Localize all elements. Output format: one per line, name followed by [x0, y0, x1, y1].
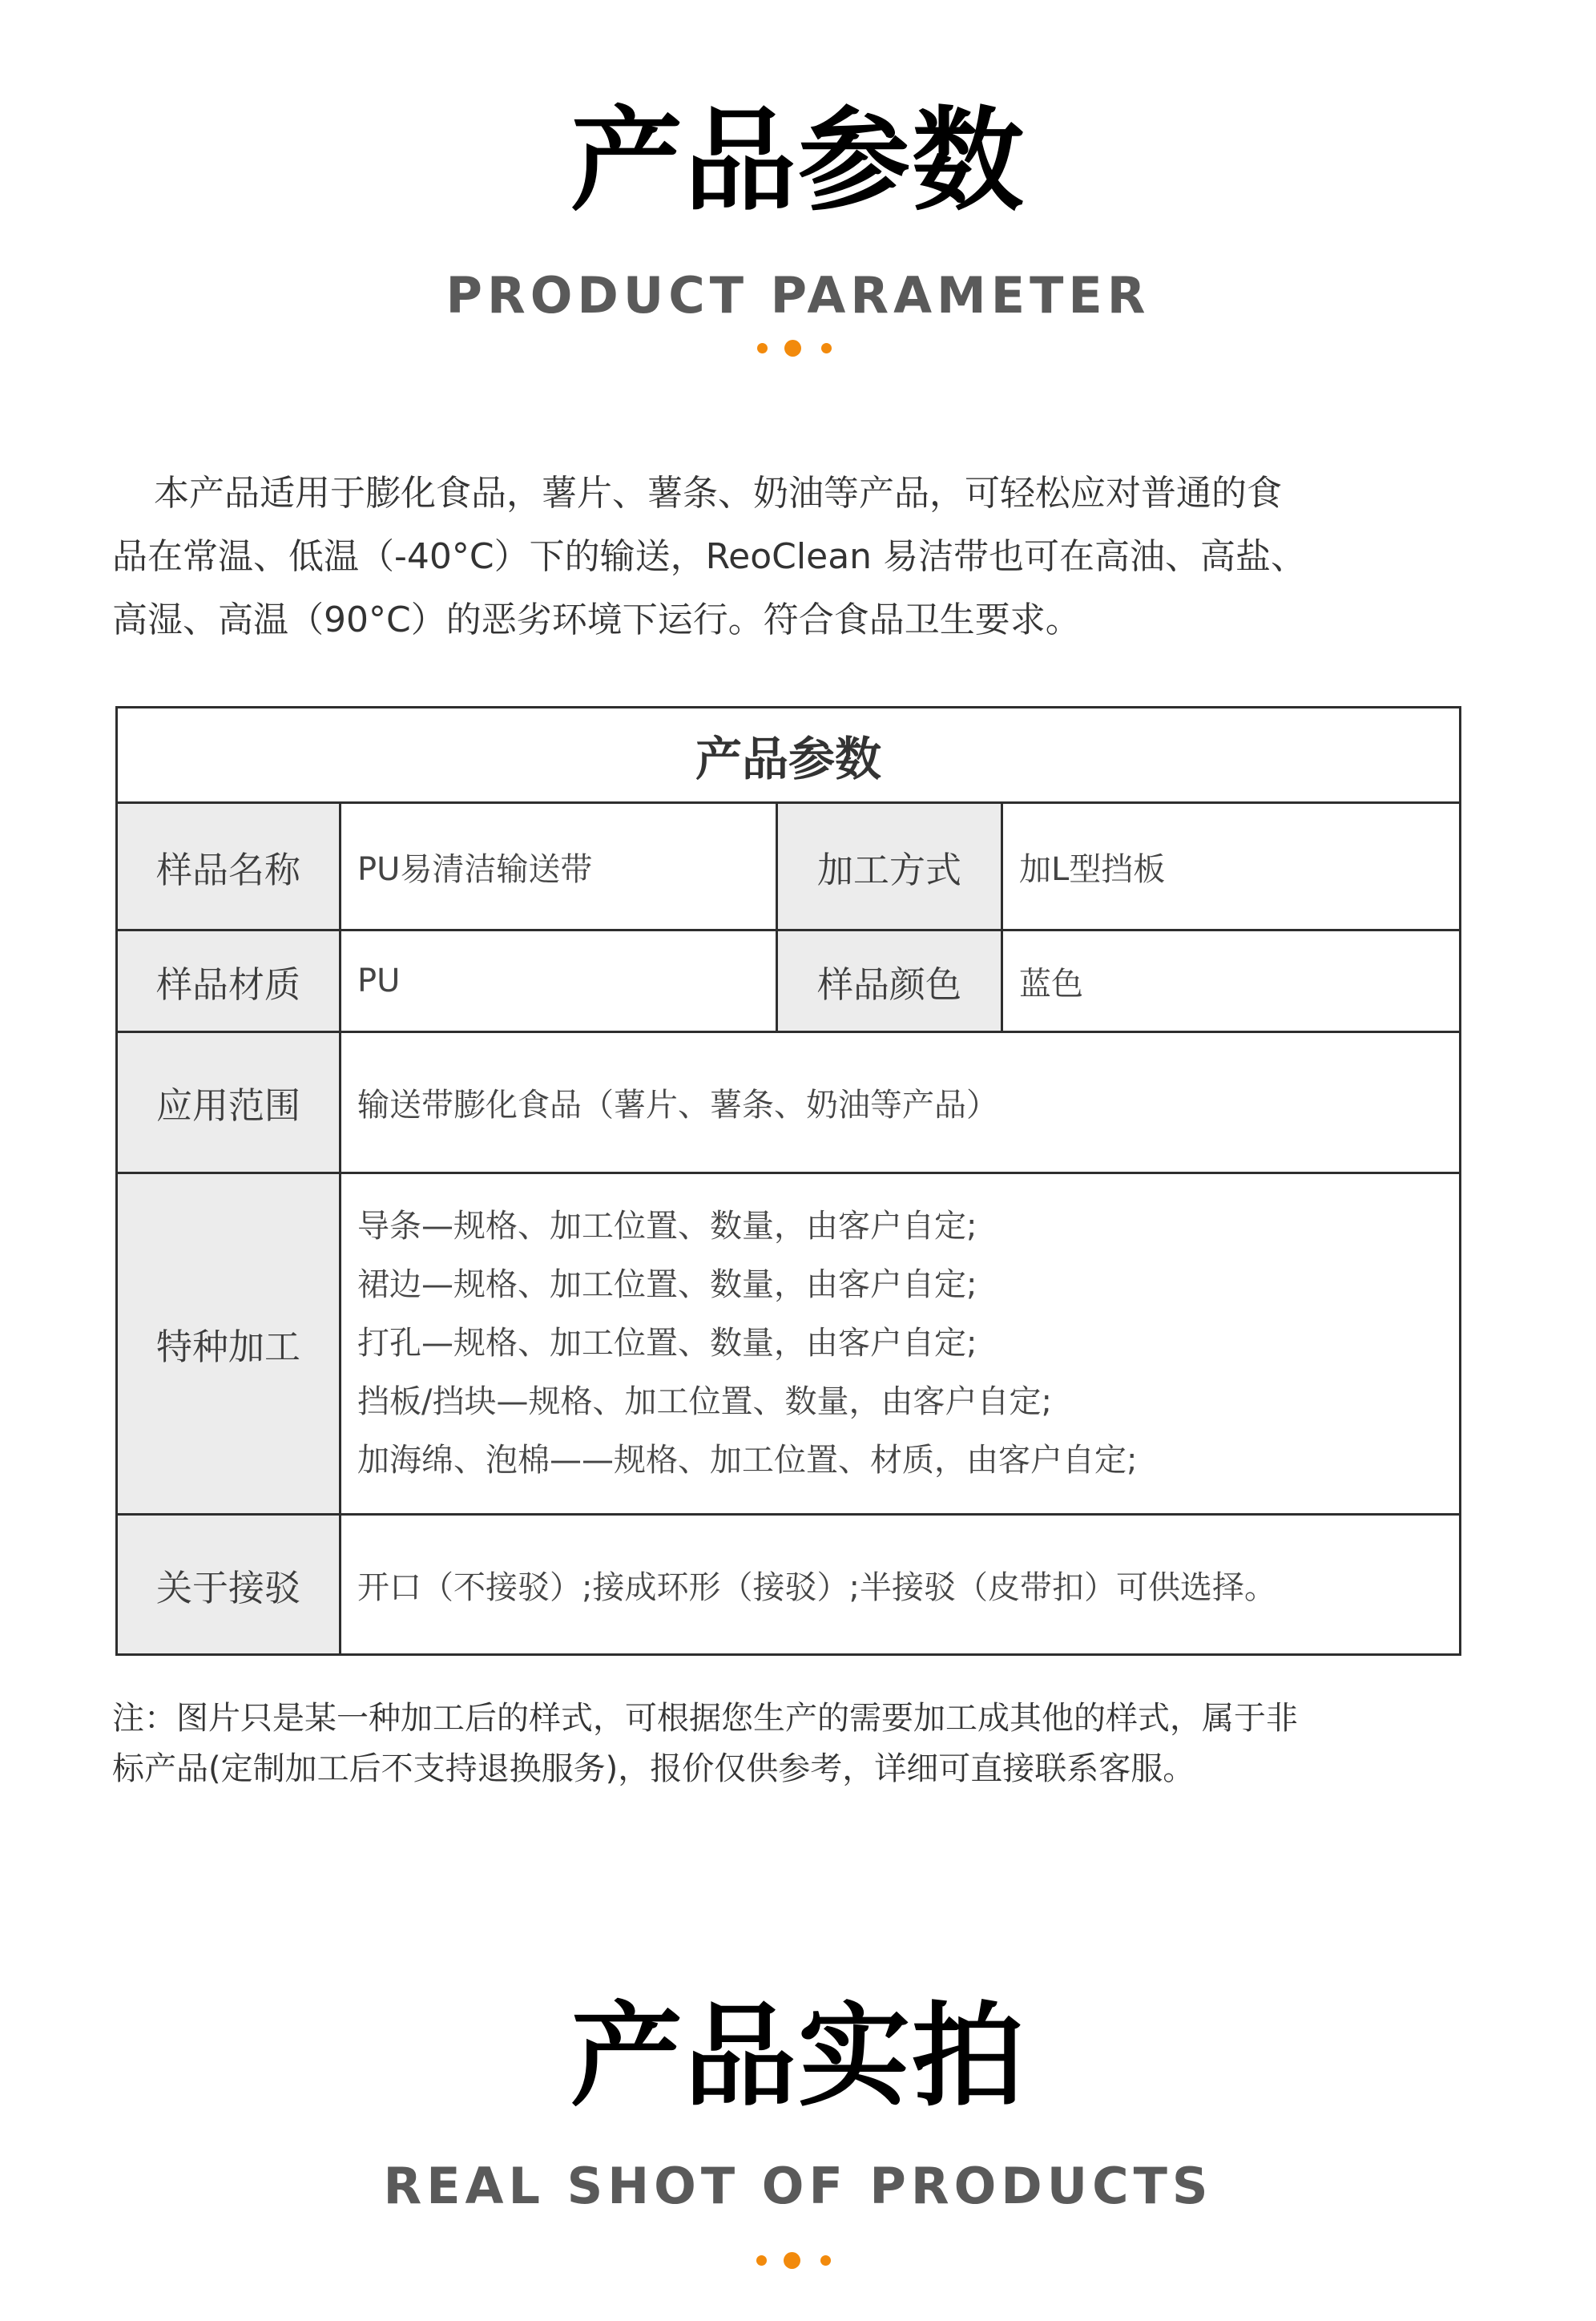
- decorative-dots: [0, 338, 1596, 357]
- label-splicing: 关于接驳: [117, 1515, 341, 1655]
- dot-icon: [821, 343, 832, 353]
- table-row: 应用范围 输送带膨化食品（薯片、薯条、奶油等产品）: [117, 1032, 1461, 1173]
- section-subtitle-parameters: PRODUCT PARAMETER: [0, 271, 1596, 321]
- special-processing-line: 加海绵、泡棉——规格、加工位置、材质，由客户自定;: [357, 1431, 1459, 1490]
- section-title-real-shot: 产品实拍: [0, 2001, 1596, 2113]
- dot-icon: [820, 2255, 831, 2266]
- table-header-row: 产品参数: [117, 708, 1461, 803]
- special-processing-line: 挡板/挡块—规格、加工位置、数量，由客户自定;: [357, 1373, 1459, 1431]
- value-splicing: 开口（不接驳）;接成环形（接驳）;半接驳（皮带扣）可供选择。: [341, 1515, 1461, 1655]
- label-sample-color: 样品颜色: [777, 930, 1002, 1032]
- value-sample-material: PU: [341, 930, 777, 1032]
- decorative-dots: [0, 2250, 1596, 2270]
- value-sample-name: PU易清洁输送带: [341, 803, 777, 930]
- label-processing-method: 加工方式: [777, 803, 1002, 930]
- dot-icon: [757, 343, 768, 353]
- label-special-processing: 特种加工: [117, 1173, 341, 1515]
- special-processing-line: 导条—规格、加工位置、数量，由客户自定;: [357, 1197, 1459, 1256]
- note-paragraph: 注：图片只是某一种加工后的样式，可根据您生产的需要加工成其他的样式，属于非 标产…: [112, 1693, 1490, 1794]
- dot-icon: [784, 340, 801, 357]
- dot-icon: [784, 2252, 800, 2269]
- special-processing-line: 裙边—规格、加工位置、数量，由客户自定;: [357, 1256, 1459, 1314]
- special-processing-line: 打孔—规格、加工位置、数量，由客户自定;: [357, 1314, 1459, 1373]
- table-row: 样品名称 PU易清洁输送带 加工方式 加L型挡板: [117, 803, 1461, 930]
- value-special-processing: 导条—规格、加工位置、数量，由客户自定; 裙边—规格、加工位置、数量，由客户自定…: [341, 1173, 1461, 1515]
- section-subtitle-real-shot: REAL SHOT OF PRODUCTS: [0, 2162, 1596, 2211]
- intro-line: 本产品适用于膨化食品，薯片、薯条、奶油等产品，可轻松应对普通的食: [112, 462, 1474, 525]
- value-application: 输送带膨化食品（薯片、薯条、奶油等产品）: [341, 1032, 1461, 1173]
- intro-line: 高湿、高温（90°C）的恶劣环境下运行。符合食品卫生要求。: [112, 588, 1474, 652]
- table-row: 样品材质 PU 样品颜色 蓝色: [117, 930, 1461, 1032]
- table-row: 特种加工 导条—规格、加工位置、数量，由客户自定; 裙边—规格、加工位置、数量，…: [117, 1173, 1461, 1515]
- table-header: 产品参数: [117, 708, 1461, 803]
- intro-paragraph: 本产品适用于膨化食品，薯片、薯条、奶油等产品，可轻松应对普通的食 品在常温、低温…: [112, 462, 1474, 652]
- note-line: 标产品(定制加工后不支持退换服务)，报价仅供参考，详细可直接联系客服。: [112, 1744, 1490, 1794]
- note-line: 注：图片只是某一种加工后的样式，可根据您生产的需要加工成其他的样式，属于非: [112, 1693, 1490, 1744]
- value-sample-color: 蓝色: [1002, 930, 1461, 1032]
- label-sample-material: 样品材质: [117, 930, 341, 1032]
- table-row: 关于接驳 开口（不接驳）;接成环形（接驳）;半接驳（皮带扣）可供选择。: [117, 1515, 1461, 1655]
- label-sample-name: 样品名称: [117, 803, 341, 930]
- dot-icon: [756, 2255, 767, 2266]
- value-processing-method: 加L型挡板: [1002, 803, 1461, 930]
- section-title-parameters: 产品参数: [0, 106, 1596, 218]
- parameter-table: 产品参数 样品名称 PU易清洁输送带 加工方式 加L型挡板 样品材质 PU 样品…: [115, 706, 1461, 1656]
- intro-line: 品在常温、低温（-40°C）下的输送，ReoClean 易洁带也可在高油、高盐、: [112, 525, 1474, 588]
- label-application: 应用范围: [117, 1032, 341, 1173]
